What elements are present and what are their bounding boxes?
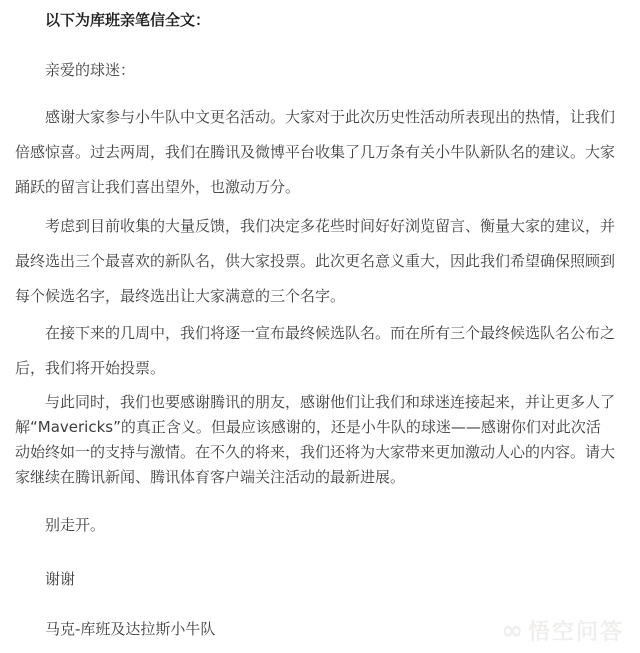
letter-paragraph-4: 与此同时，我们也要感谢腾讯的朋友，感谢他们让我们和球迷连接起来，并让更多人了解“…	[15, 390, 615, 490]
letter-closing-line: 别走开。	[15, 508, 615, 543]
letter-thanks-line: 谢谢	[15, 562, 615, 597]
letter-signature: 马克-库班及达拉斯小牛队	[15, 612, 615, 647]
letter-salutation: 亲爱的球迷：	[15, 53, 615, 88]
letter-paragraph-3: 在接下来的几周中，我们将逐一宣布最终候选队名。而在所有三个最终候选队名公布之后，…	[15, 316, 615, 386]
letter-article: 以下为库班亲笔信全文： 亲爱的球迷： 感谢大家参与小牛队中文更名活动。大家对于此…	[0, 0, 640, 653]
letter-paragraph-2: 考虑到目前收集的大量反馈，我们决定多花些时间好好浏览留言、衡量大家的建议，并最终…	[15, 209, 615, 314]
letter-title: 以下为库班亲笔信全文：	[15, 3, 615, 38]
letter-paragraph-1: 感谢大家参与小牛队中文更名活动。大家对于此次历史性活动所表现出的热情，让我们倍感…	[15, 100, 615, 205]
